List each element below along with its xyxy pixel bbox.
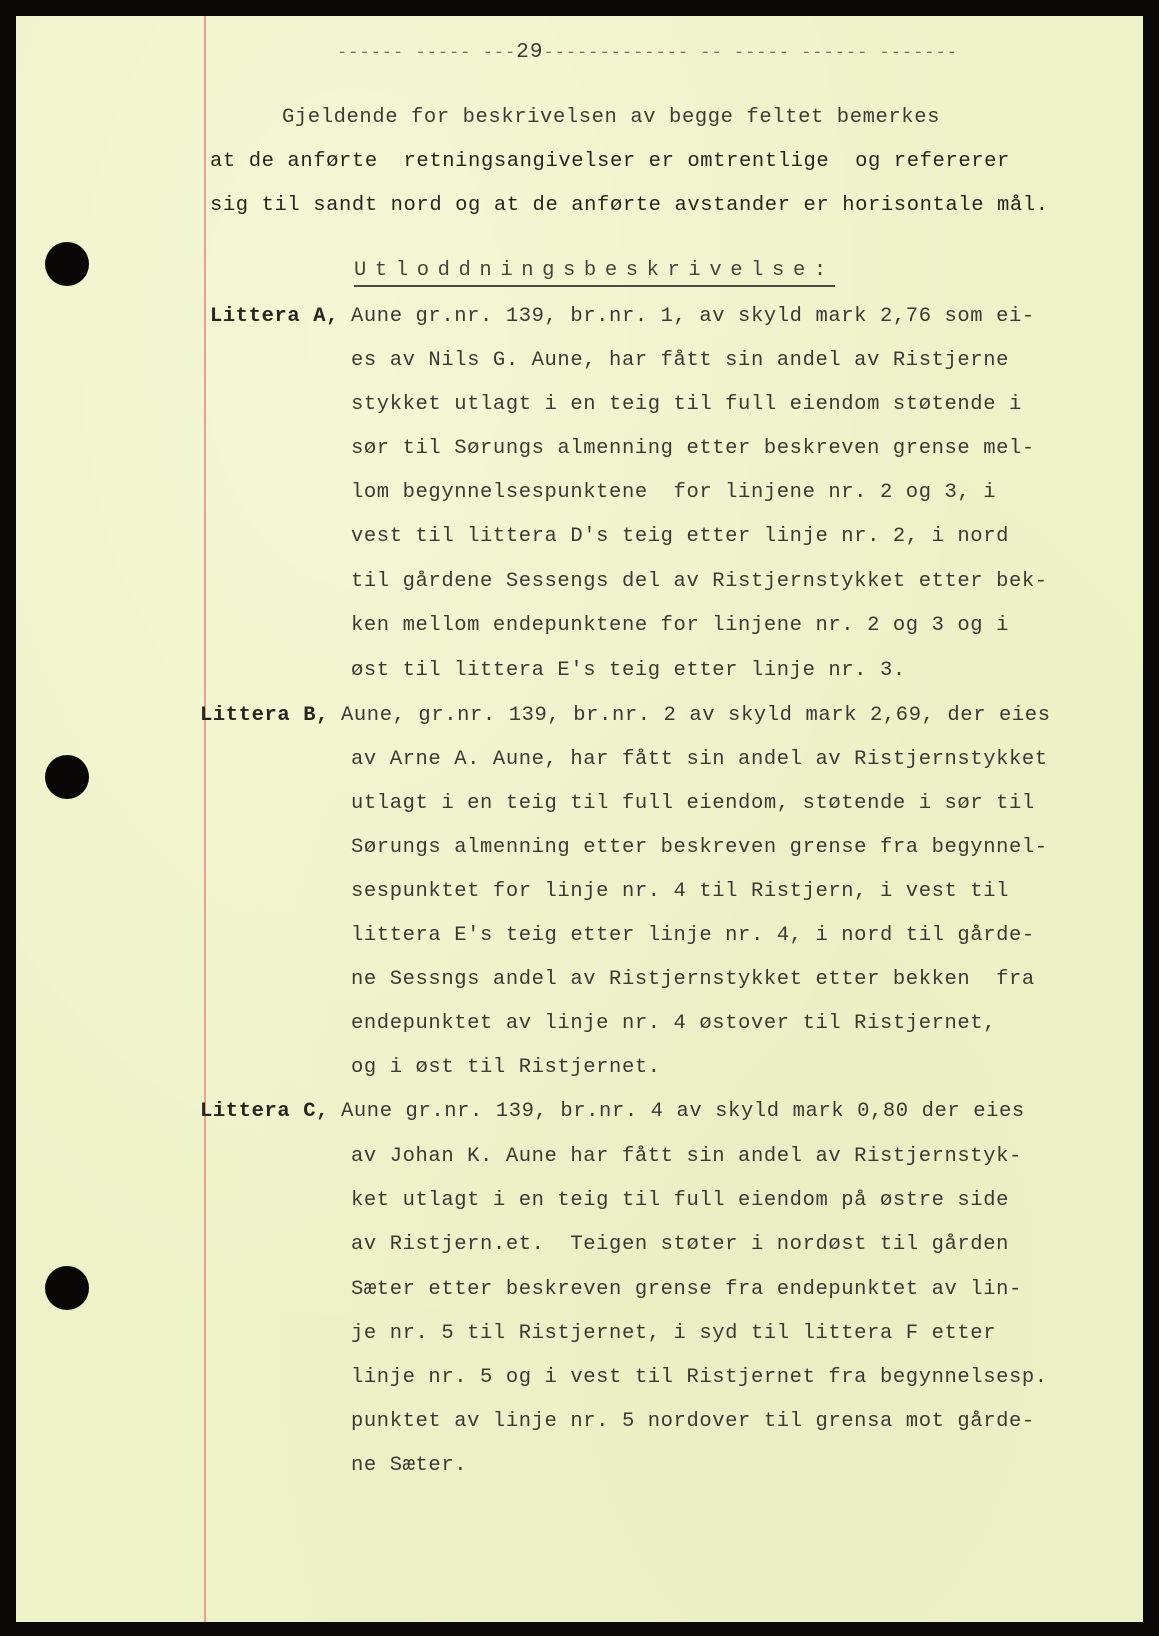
- punch-hole-icon: [45, 242, 89, 286]
- entry-line: til gårdene Sessengs del av Ristjernstyk…: [351, 570, 1048, 594]
- entry-line: lom begynnelsespunktene for linjene nr. …: [351, 481, 996, 505]
- entry-line: je nr. 5 til Ristjernet, i syd til litte…: [351, 1322, 996, 1346]
- section-heading: Utloddningsbeskrivelse:: [354, 259, 835, 287]
- entry-label: Littera B,: [200, 704, 329, 728]
- entry-line: sespunktet for linje nr. 4 til Ristjern,…: [351, 880, 1009, 904]
- entry-line: av Ristjern.et. Teigen støter i nordøst …: [351, 1233, 1009, 1257]
- entry-line: ken mellom endepunktene for linjene nr. …: [351, 614, 1009, 638]
- entry-line: vest til littera D's teig etter linje nr…: [351, 525, 1009, 549]
- page-number: 29: [516, 41, 543, 64]
- entry-line: Sørungs almenning etter beskreven grense…: [351, 836, 1048, 860]
- entry-line: øst til littera E's teig etter linje nr.…: [351, 659, 906, 683]
- entry-line: av Johan K. Aune har fått sin andel av R…: [351, 1145, 1022, 1169]
- entry-line: endepunktet av linje nr. 4 østover til R…: [351, 1012, 996, 1036]
- entry-line: stykket utlagt i en teig til full eiendo…: [351, 393, 1022, 417]
- entry-label: Littera C,: [200, 1100, 329, 1124]
- entry-line: littera E's teig etter linje nr. 4, i no…: [351, 924, 1035, 948]
- entry-line: sør til Sørungs almenning etter beskreve…: [351, 437, 1035, 461]
- entry-line: linje nr. 5 og i vest til Ristjernet fra…: [351, 1366, 1048, 1390]
- page-number-line: ------ ----- ---29------------- -- -----…: [337, 41, 907, 64]
- entry-line: Sæter etter beskreven grense fra endepun…: [351, 1278, 1022, 1302]
- punch-hole-icon: [45, 1266, 89, 1310]
- intro-line: Gjeldende for beskrivelsen av begge felt…: [282, 106, 940, 130]
- page-number-dashes-left: ------ ----- ---: [337, 44, 516, 63]
- punch-hole-icon: [45, 755, 89, 799]
- page-number-dashes-right: ------------- -- ----- ------ -------: [543, 44, 957, 63]
- intro-line: sig til sandt nord og at de anførte avst…: [210, 194, 1049, 218]
- red-margin-line: [204, 16, 206, 1622]
- entry-line: Aune, gr.nr. 139, br.nr. 2 av skyld mark…: [341, 704, 1051, 728]
- entry-line: ket utlagt i en teig til full eiendom på…: [351, 1189, 1009, 1213]
- entry-line: punktet av linje nr. 5 nordover til gren…: [351, 1410, 1035, 1434]
- entry-line: og i øst til Ristjernet.: [351, 1056, 661, 1080]
- entry-line: Aune gr.nr. 139, br.nr. 1, av skyld mark…: [351, 305, 1035, 329]
- entry-label: Littera A,: [210, 305, 339, 329]
- entry-line: ne Sessngs andel av Ristjernstykket ette…: [351, 968, 1035, 992]
- intro-line: at de anførte retningsangivelser er omtr…: [210, 150, 1010, 174]
- entry-line: av Arne A. Aune, har fått sin andel av R…: [351, 748, 1048, 772]
- entry-line: utlagt i en teig til full eiendom, støte…: [351, 792, 1035, 816]
- entry-line: Aune gr.nr. 139, br.nr. 4 av skyld mark …: [341, 1100, 1025, 1124]
- entry-line: ne Sæter.: [351, 1454, 467, 1478]
- entry-line: es av Nils G. Aune, har fått sin andel a…: [351, 349, 1009, 373]
